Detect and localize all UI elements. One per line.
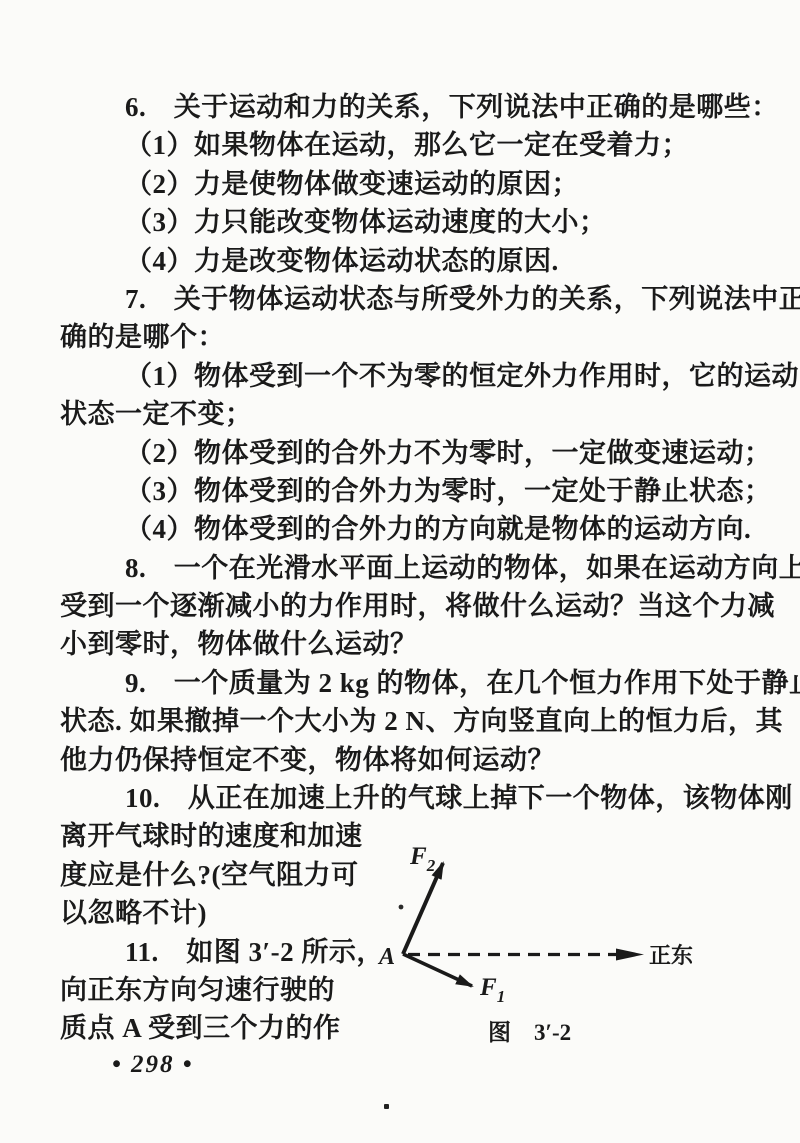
q9-line-3: 他力仍保持恒定不变，物体将如何运动？ <box>60 741 755 779</box>
scan-speck-icon <box>384 1104 389 1109</box>
q8-line-1: 8. 一个在光滑水平面上运动的物体，如果在运动方向上 <box>60 549 755 587</box>
q6-option-4: （4）力是改变物体运动状态的原因. <box>60 242 755 280</box>
vector-f2 <box>403 863 443 954</box>
q7-option-2: （2）物体受到的合外力不为零时，一定做变速运动； <box>60 434 755 472</box>
figure-3-2: F2 正东 F1 A 图 3′-2 <box>360 818 770 1058</box>
q7-stem-line-1: 7. 关于物体运动状态与所受外力的关系，下列说法中正 <box>60 280 755 318</box>
q10-line-1: 10. 从正在加速上升的气球上掉下一个物体，该物体刚 <box>60 779 755 817</box>
figure-caption: 图 3′-2 <box>488 1020 571 1045</box>
page-number: • 298 • <box>112 1051 194 1079</box>
east-label: 正东 <box>649 943 693 968</box>
q9-line-2: 状态. 如果撤掉一个大小为 2 N、方向竖直向上的恒力后，其 <box>60 702 755 740</box>
q8-line-2: 受到一个逐渐减小的力作用时，将做什么运动？当这个力减 <box>60 587 755 625</box>
q7-option-4: （4）物体受到的合外力的方向就是物体的运动方向. <box>60 510 755 548</box>
q7-stem-line-2: 确的是哪个： <box>60 318 755 356</box>
q8-line-3: 小到零时，物体做什么运动？ <box>60 625 755 663</box>
scan-dot-icon <box>399 905 404 910</box>
point-a-label: A <box>377 944 395 970</box>
q6-option-2: （2）力是使物体做变速运动的原因； <box>60 165 755 203</box>
q6-stem: 6. 关于运动和力的关系，下列说法中正确的是哪些： <box>60 88 755 126</box>
east-arrowhead-icon <box>616 949 644 961</box>
f2-label: F2 <box>409 843 436 875</box>
q7-option-3: （3）物体受到的合外力为零时，一定处于静止状态； <box>60 472 755 510</box>
f1-label: F1 <box>479 974 505 1006</box>
q6-option-1: （1）如果物体在运动，那么它一定在受着力； <box>60 126 755 164</box>
q7-option-1-line-1: （1）物体受到一个不为零的恒定外力作用时，它的运动 <box>60 357 755 395</box>
q9-line-1: 9. 一个质量为 2 kg 的物体，在几个恒力作用下处于静止 <box>60 664 755 702</box>
scanned-textbook-page: 6. 关于运动和力的关系，下列说法中正确的是哪些： （1）如果物体在运动，那么它… <box>0 0 800 1143</box>
q7-option-1-line-2: 状态一定不变； <box>60 395 755 433</box>
q6-option-3: （3）力只能改变物体运动速度的大小； <box>60 203 755 241</box>
vector-f1 <box>403 954 472 986</box>
